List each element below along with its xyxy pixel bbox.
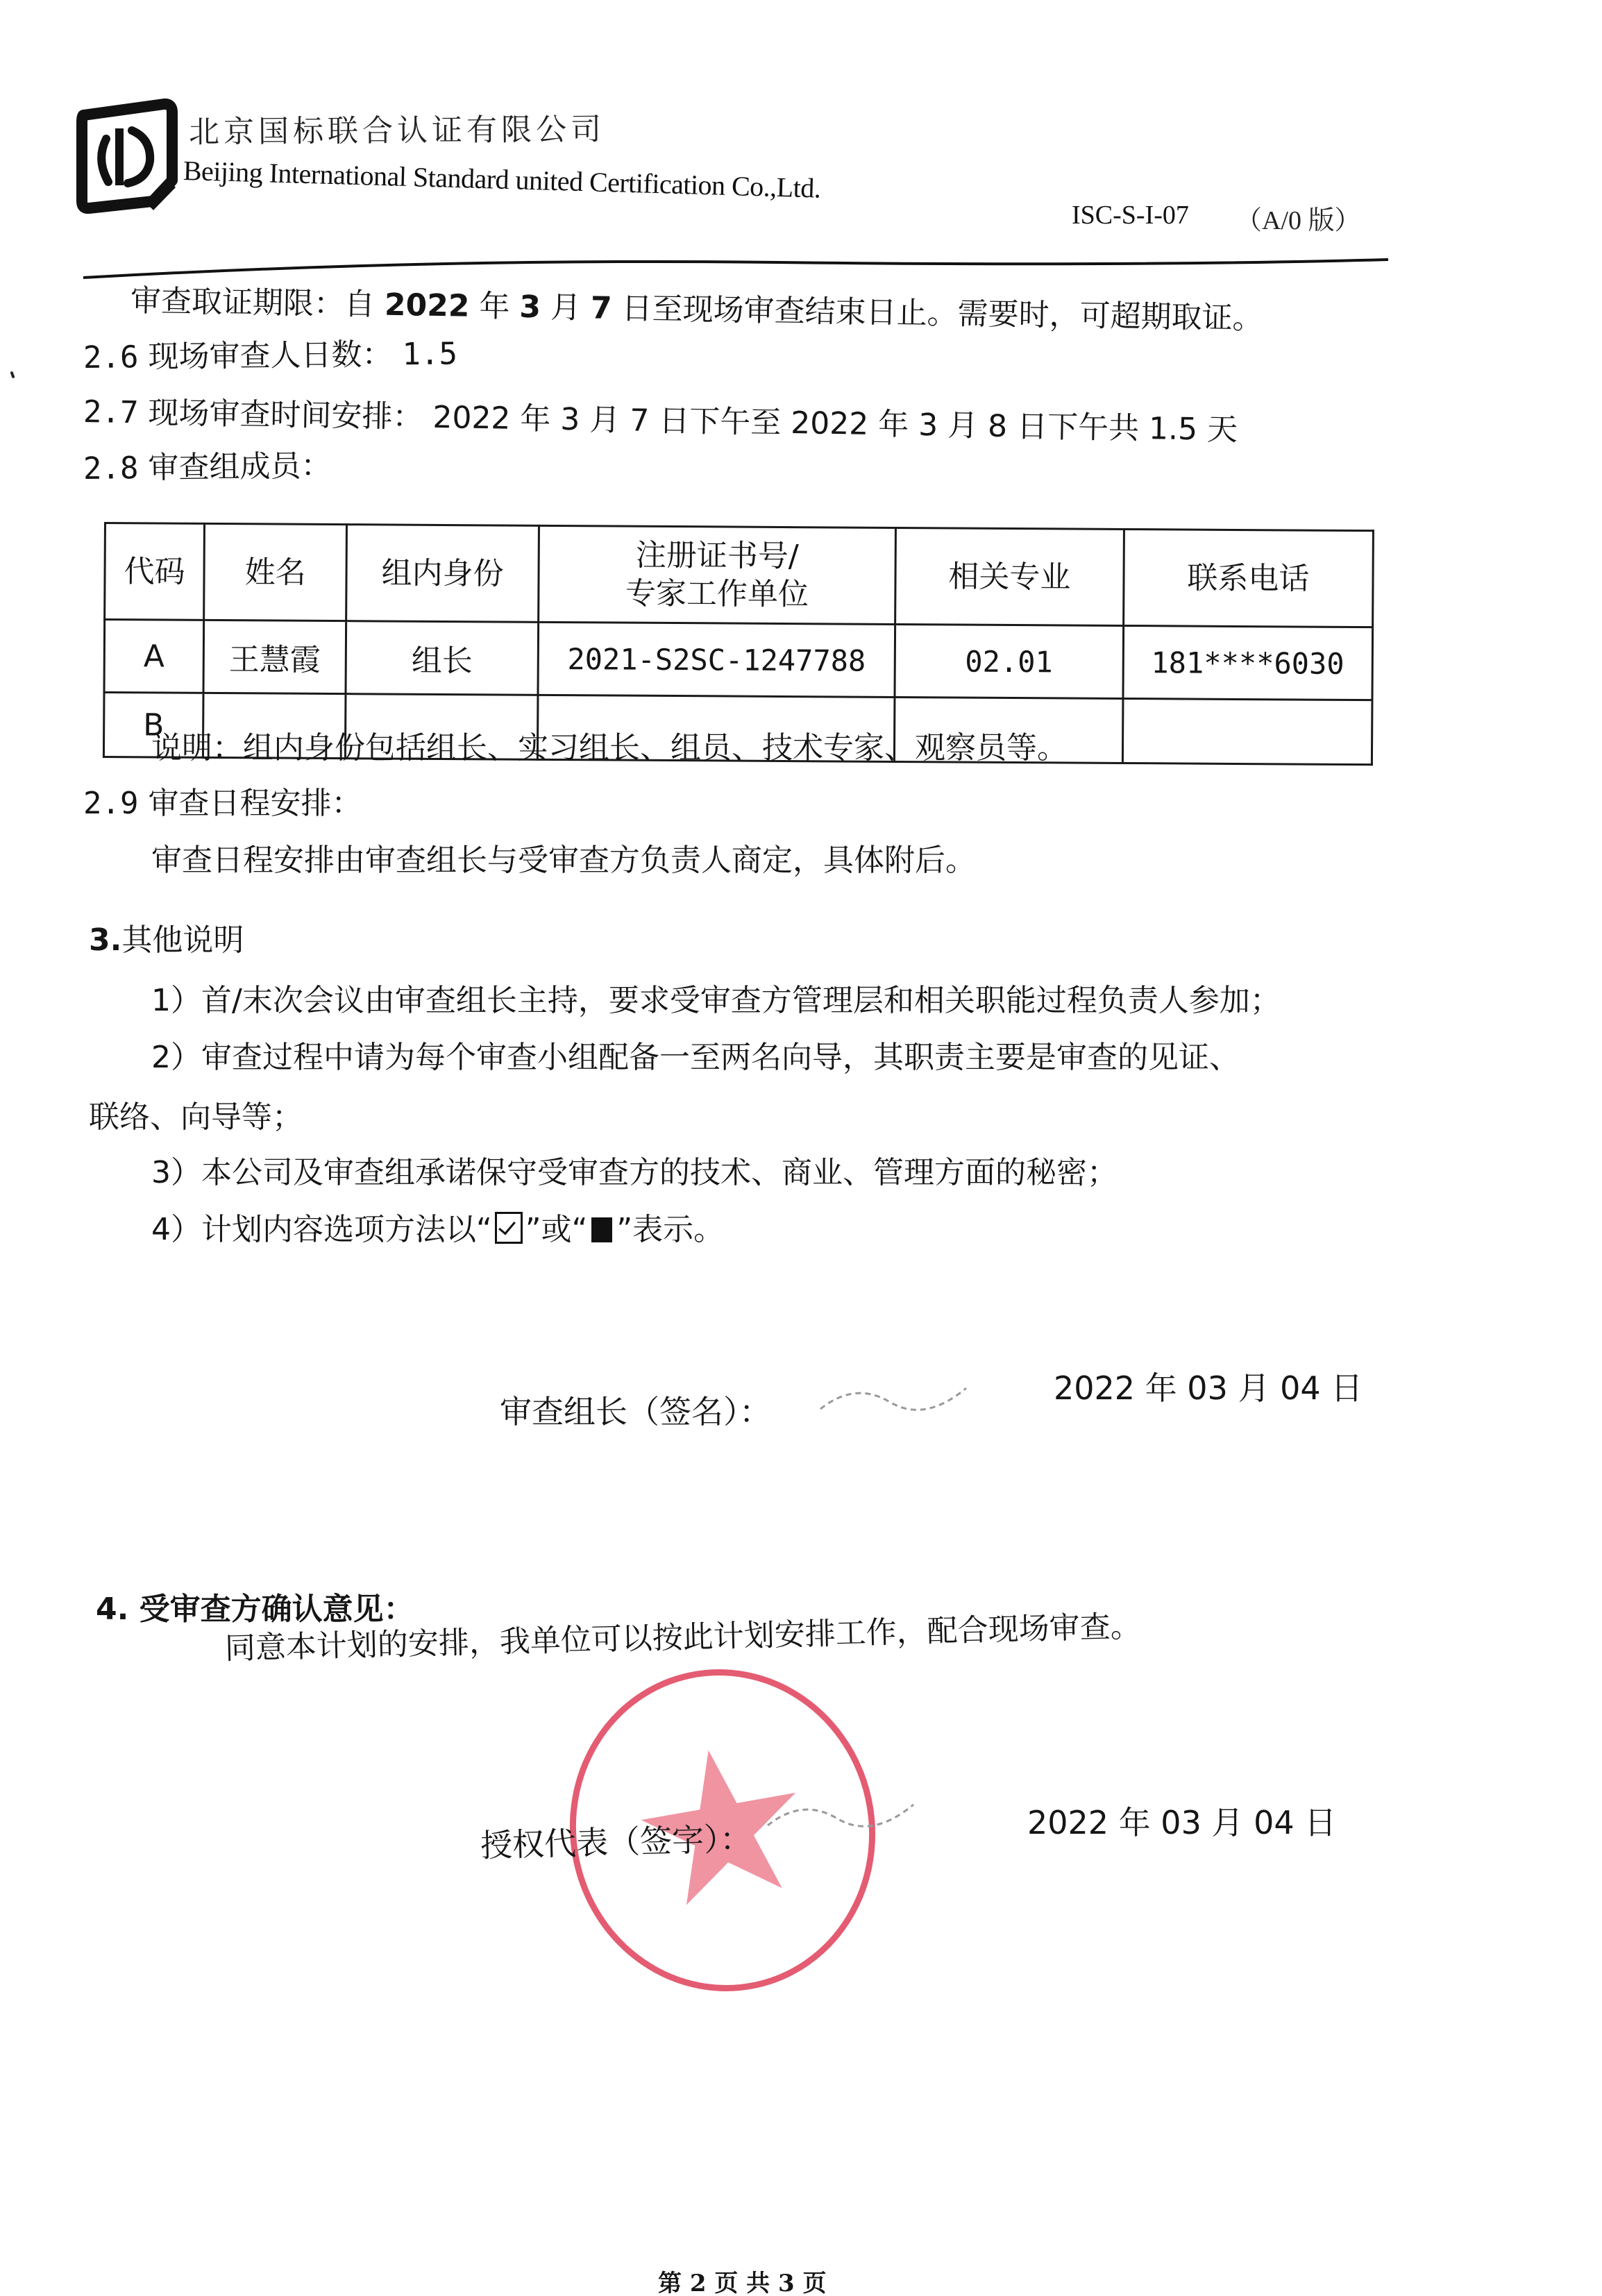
company-logo-icon xyxy=(75,97,179,214)
cell-cert: 2021-S2SC-1247788 xyxy=(538,622,895,697)
header-cert: 注册证书号/ 专家工作单位 xyxy=(539,525,896,624)
document-code: ISC-S-I-07 xyxy=(1072,200,1189,230)
leader-signature-date: 2022 年 03 月 04 日 xyxy=(1054,1363,1363,1409)
cell-phone xyxy=(1122,698,1372,764)
evidence-period-month: 3 xyxy=(519,289,541,325)
year-unit: 年 xyxy=(479,289,510,325)
cell-role: 组长 xyxy=(346,621,539,695)
audit-schedule-value: 2022 年 3 月 7 日下午至 2022 年 3 月 8 日下午共 1.5 … xyxy=(432,400,1238,448)
note-item-1: 1）首/末次会议由审查组长主持，要求受审查方管理层和相关职能过程负责人参加； xyxy=(151,983,1281,1020)
evidence-period-rest: 至现场审查结束日止。需要时，可超期取证。 xyxy=(652,292,1263,337)
month-unit: 月 xyxy=(550,290,582,326)
evidence-period-day: 7 xyxy=(591,290,612,326)
note-item-2-cont: 联络、向导等； xyxy=(89,1099,303,1136)
cell-name: 王慧霞 xyxy=(203,620,346,693)
header-code: 代码 xyxy=(105,523,205,621)
filled-square-icon xyxy=(591,1217,612,1242)
cell-phone: 181****6030 xyxy=(1123,625,1373,700)
item-number: 2.7 xyxy=(83,394,139,430)
item-label: 现场审查时间安排： xyxy=(148,395,423,434)
note-item-4: 4）计划内容选项方法以“”或“”表示。 xyxy=(151,1212,724,1249)
item-label: 审查日程安排： xyxy=(148,786,362,821)
company-name-cn: 北京国标联合认证有限公司 xyxy=(189,104,605,151)
section-3-title: 3.其他说明 xyxy=(89,915,244,959)
section-4-title: 4. 受审查方确认意见： xyxy=(96,1584,414,1628)
table-note: 说明：组内身份包括组长、实习组长、组员、技术专家、观察员等。 xyxy=(151,730,1068,767)
audit-team-table: 代码 姓名 组内身份 注册证书号/ 专家工作单位 相关专业 联系电话 A 王慧霞… xyxy=(103,522,1374,766)
company-name-en: Beijing International Standard united Ce… xyxy=(183,154,821,205)
section-number: 3. xyxy=(89,922,121,958)
leader-signature-placeholder xyxy=(813,1360,980,1423)
cell-specialty: 02.01 xyxy=(895,624,1123,698)
checked-box-icon xyxy=(495,1212,523,1244)
header-specialty: 相关专业 xyxy=(895,527,1124,625)
evidence-period-line: 审查取证期限：自 2022 年 3 月 7 日至现场审查结束日止。需要时，可超期… xyxy=(130,283,1263,337)
item-2-9: 2.9 审查日程安排： xyxy=(83,786,362,822)
note-item-4-middle: ”或“ xyxy=(525,1212,588,1247)
section-title-text: 其他说明 xyxy=(121,922,244,958)
note-item-3: 3）本公司及审查组承诺保守受审查方的技术、商业、管理方面的秘密； xyxy=(151,1155,1118,1192)
header-cert-line2: 专家工作单位 xyxy=(545,574,888,614)
leader-signature-label: 审查组长（签名）： xyxy=(500,1387,771,1433)
item-label: 审查组成员： xyxy=(148,448,332,486)
schedule-note: 审查日程安排由审查组长与受审查方负责人商定，具体附后。 xyxy=(151,843,976,879)
header-role: 组内身份 xyxy=(346,525,539,623)
evidence-period-label: 审查取证期限： xyxy=(130,283,345,322)
rep-signature-label: 授权代表（签字）： xyxy=(480,1814,752,1866)
item-number: 2.6 xyxy=(83,339,139,375)
header-name: 姓名 xyxy=(204,523,347,621)
item-2-8: 2.8 审查组成员： xyxy=(83,448,332,488)
item-2-7: 2.7 现场审查时间安排： 2022 年 3 月 7 日下午至 2022 年 3… xyxy=(83,394,1238,449)
note-item-2: 2）审查过程中请为每个审查小组配备一至两名向导，其职责主要是审查的见证、 xyxy=(151,1040,1240,1077)
item-label: 现场审查人日数： xyxy=(148,337,393,375)
document-version: （A/0 版） xyxy=(1236,199,1361,237)
table-row: A 王慧霞 组长 2021-S2SC-1247788 02.01 181****… xyxy=(104,620,1373,700)
cell-code: A xyxy=(104,620,204,693)
header-cert-line1: 注册证书号/ xyxy=(546,536,889,576)
page-number: 第 2 页 共 3 页 xyxy=(658,2264,827,2296)
note-item-4-suffix: ”表示。 xyxy=(616,1212,724,1247)
evidence-period-prefix: 自 xyxy=(344,287,376,323)
evidence-period-year: 2022 xyxy=(385,287,470,324)
table-header-row: 代码 姓名 组内身份 注册证书号/ 专家工作单位 相关专业 联系电话 xyxy=(105,523,1374,627)
scan-artifact xyxy=(10,371,15,379)
item-2-6: 2.6 现场审查人日数： 1.5 xyxy=(83,336,457,376)
rep-signature-placeholder xyxy=(761,1777,927,1839)
header-divider xyxy=(83,257,1388,285)
header-phone: 联系电话 xyxy=(1123,529,1373,627)
auditor-days-value: 1.5 xyxy=(402,336,457,372)
item-number: 2.8 xyxy=(83,450,139,487)
note-item-4-prefix: 4）计划内容选项方法以“ xyxy=(151,1212,492,1247)
item-number: 2.9 xyxy=(83,786,138,821)
day-unit: 日 xyxy=(621,291,652,327)
rep-signature-date: 2022 年 03 月 04 日 xyxy=(1027,1798,1336,1843)
